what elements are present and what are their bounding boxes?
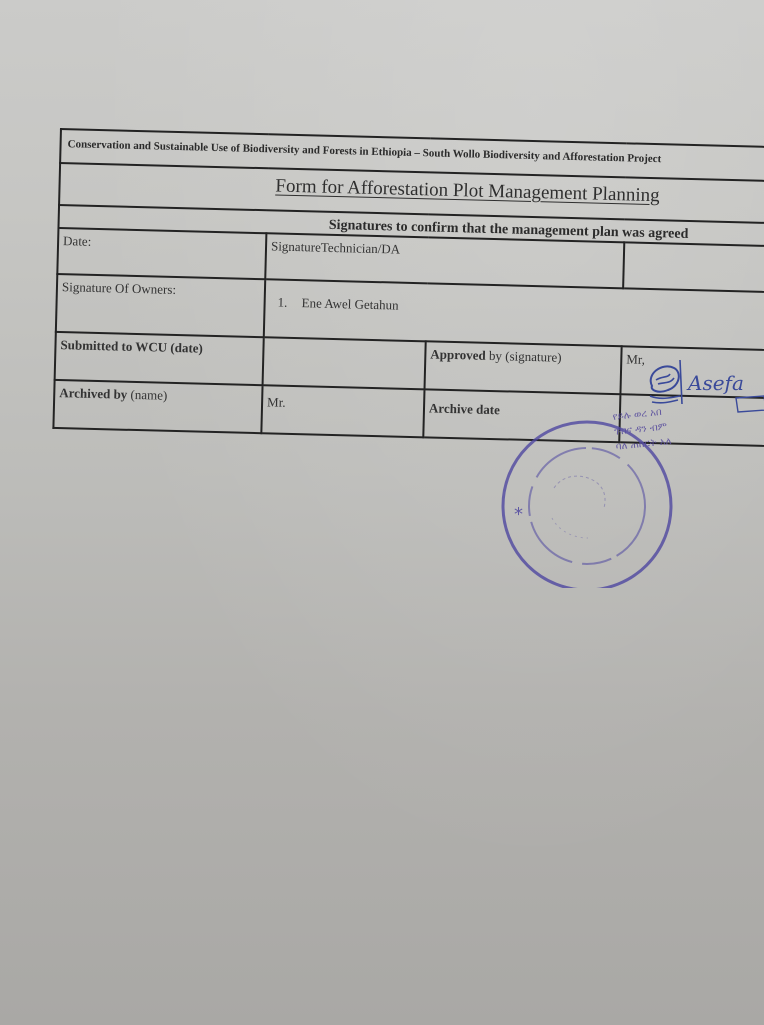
archived-value: Mr. [263,386,424,414]
form-title: Form for Afforestation Plot Management P… [275,175,660,207]
date-label: Date: [59,229,265,254]
archived-label-rest: (name) [127,387,167,403]
archived-label-bold: Archived by [59,385,127,402]
date-cell: Date: [57,228,266,279]
technician-signature-field[interactable] [623,242,764,293]
owner-name: Ene Awel Getahun [301,295,398,312]
submitted-date-field[interactable] [263,337,426,389]
archived-label-cell: Archived by (name) [53,380,262,433]
owners-label: Signature Of Owners: [58,275,264,300]
stamp-handwritten-note: የይሉ ወረ አበ ገብና ዳን ብም ባለ ጠከርት አለ [612,404,672,455]
submitted-label-cell: Submitted to WCU (date) [55,332,264,385]
archive-date-label: Archive date [425,390,620,421]
owner-number: 1. [277,295,301,312]
approved-label: Approved by (signature) [426,342,620,367]
approved-label-bold: Approved [430,346,486,362]
archive-date-label-cell: Archive date [423,389,620,442]
form-table: Conservation and Sustainable Use of Biod… [52,128,764,448]
approved-label-cell: Approved by (signature) [425,341,622,394]
approved-signature-field[interactable]: Mr, [620,346,764,399]
archived-label: Archived by (name) [55,381,261,406]
submitted-label: Submitted to WCU (date) [56,333,262,358]
stamp-star: * [514,504,523,525]
afforestation-form: Conservation and Sustainable Use of Biod… [52,128,764,448]
approved-label-rest: by (signature) [486,348,562,365]
approved-value: Mr, [622,347,764,372]
owners-label-cell: Signature Of Owners: [56,274,265,337]
archived-name-field[interactable]: Mr. [261,385,424,437]
